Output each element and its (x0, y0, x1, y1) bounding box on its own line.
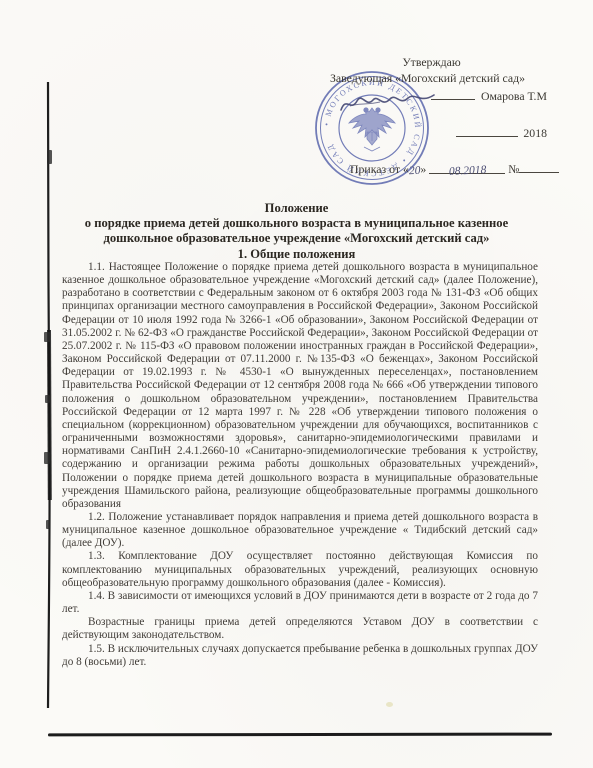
scan-smudge (44, 452, 50, 464)
order-line: Приказ от «20» 08.2018 № (350, 161, 563, 179)
document-subtitle-line1: о порядке приема детей дошкольного возра… (40, 216, 553, 231)
document-title: Положение (40, 201, 553, 216)
head-position-line: Заведующая «Могохский детский сад» (330, 71, 563, 87)
scan-smudge (47, 150, 52, 164)
order-date-line: 08.2018 (429, 162, 505, 174)
paragraph-1-1: 1.1. Настоящее Положение о порядке прием… (62, 261, 538, 511)
paragraph-1-3: 1.3. Комплектование ДОУ осуществляет пос… (62, 550, 538, 589)
order-date-handwritten: 08.2018 (448, 163, 486, 180)
approve-label: Утверждаю (330, 55, 563, 71)
scanned-document-page: • МОГОХСКИЙ ДЕТСКИЙ САД • ДЕТСКИЙ САД Ут… (0, 0, 593, 768)
document-subtitle-line2: дошкольное образовательное учреждение «М… (40, 231, 553, 246)
scan-smudge (46, 520, 50, 529)
blank-line (456, 125, 518, 137)
order-quote-close: » (420, 162, 426, 176)
scan-speck (386, 702, 393, 707)
order-number-line (519, 161, 559, 173)
order-label: Приказ от « (350, 162, 409, 176)
year: 2018 (523, 126, 547, 140)
handwritten-signature (338, 88, 438, 118)
document-title-block: Положение о порядке приема детей дошколь… (40, 201, 553, 262)
scan-page-bottom-edge (48, 733, 552, 737)
signatory-name: Омарова Т.М (481, 89, 547, 103)
section-heading: 1. Общие положения (40, 247, 553, 262)
order-day-handwritten: 20 (408, 164, 420, 180)
order-number-label: № (508, 162, 519, 176)
scan-smudge (44, 332, 50, 342)
document-body: 1.1. Настоящее Положение о порядке прием… (62, 261, 538, 669)
paragraph-1-4: 1.4. В зависимости от имеющихся условий … (62, 590, 538, 616)
date-line: 2018 (330, 125, 563, 142)
paragraph-age-limits: Возрастные границы приема детей определя… (62, 616, 538, 642)
paragraph-1-2: 1.2. Положение устанавливает порядок нап… (62, 511, 538, 550)
paragraph-1-5: 1.5. В исключительных случаях допускаетс… (62, 643, 538, 669)
scan-smudge (45, 395, 50, 403)
